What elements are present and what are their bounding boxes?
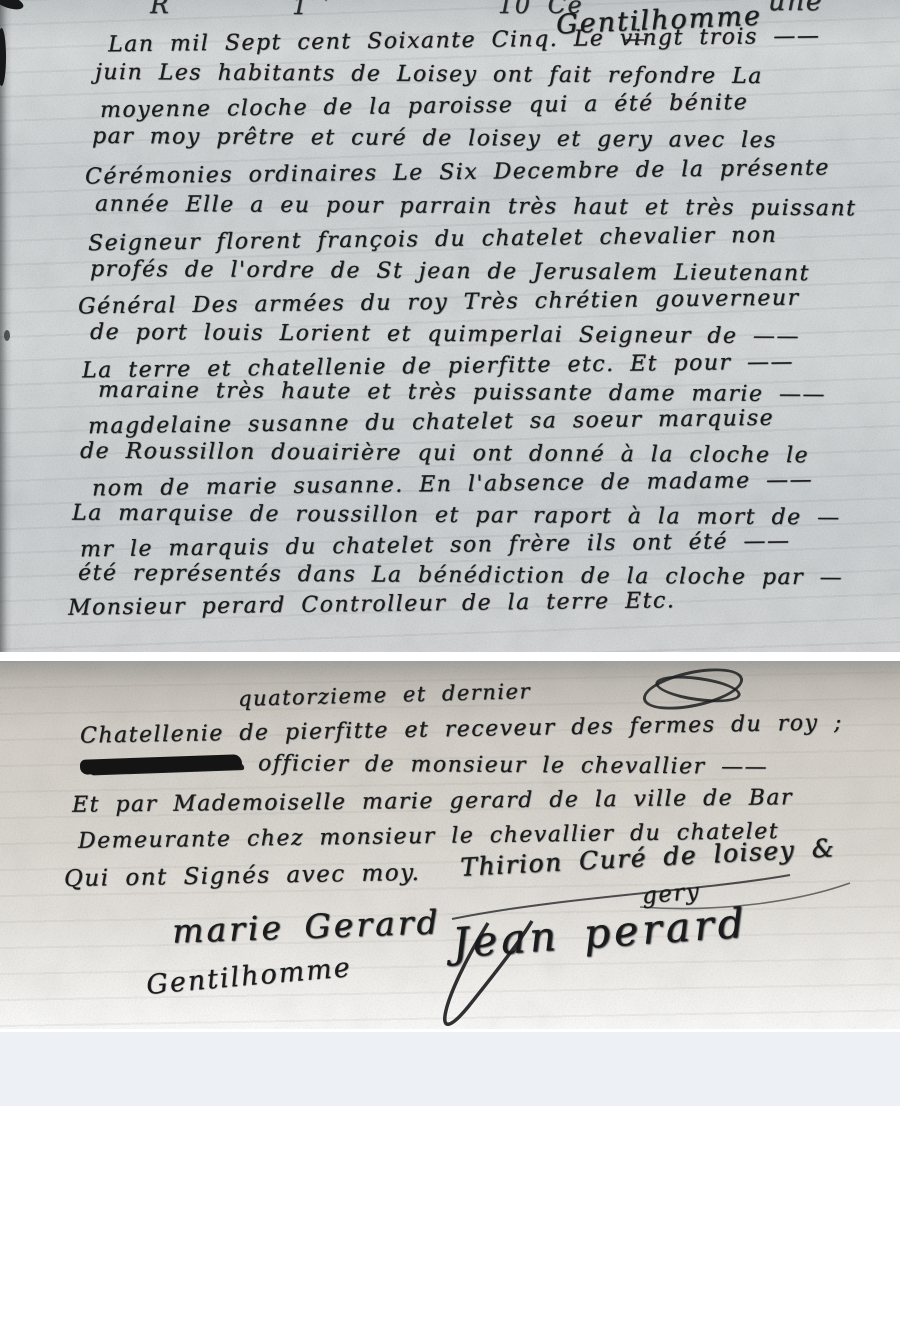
scan-block-top: R 1 ′ 10 Ce Gentilhomme — une Lan mil Se… [0, 0, 900, 652]
manuscript-line: Monsieur perard Controlleur de la terre … [68, 588, 676, 620]
manuscript-line: de port louis Lorient et quimperlai Seig… [90, 320, 800, 349]
manuscript-line: Cérémonies ordinaires Le Six Decembre de… [85, 155, 830, 189]
manuscript-line: Lan mil Sept cent Soixante Cinq. Le ving… [108, 24, 821, 58]
corner-cutoff-fragment: une [768, 0, 823, 17]
manuscript-line: moyenne cloche de la paroisse qui a été … [100, 90, 749, 123]
manuscript-line: mr le marquis du chatelet son frère ils … [80, 529, 791, 563]
signature-jean-perard: Jean perard [451, 899, 750, 968]
manuscript-line: Général Des armées du roy Très chrétien … [78, 286, 800, 320]
manuscript-line: Seigneur florent françois du chatelet ch… [88, 223, 777, 256]
scan-block-bottom: quatorzieme et dernier Chatellenie de pi… [0, 661, 900, 1029]
manuscript-line: de Roussillon douairière qui ont donné à… [80, 439, 809, 468]
crossed-out-text [80, 754, 242, 775]
manuscript-line: magdelaine susanne du chatelet sa soeur … [88, 406, 774, 439]
cutoff-mark-fragment: 1 ′ [292, 0, 332, 20]
scanner-background-strip [0, 1032, 900, 1106]
closing-statement: Qui ont Signés avec moy. [64, 860, 421, 892]
manuscript-line: juin Les habitants de Loisey ont fait re… [95, 60, 763, 89]
manuscript-line: maraine très haute et très puissante dam… [98, 378, 826, 407]
scan-edge-shadow [0, 0, 12, 652]
signature-marie-gerard: marie Gerard [171, 902, 441, 950]
manuscript-line: Chatellenie de pierfitte et receveur des… [80, 710, 843, 748]
manuscript-line: par moy prêtre et curé de loisey et gery… [92, 124, 777, 153]
manuscript-line: profés de l'ordre de St jean de Jerusale… [90, 257, 810, 286]
manuscript-line: Et par Mademoiselle marie gerard de la v… [72, 785, 793, 818]
interline-addition: quatorzieme et dernier [238, 679, 532, 711]
manuscript-line: La marquise de roussillon et par raport … [72, 501, 841, 531]
ink-smudge [4, 330, 10, 341]
cutoff-stroke-fragment: R [150, 0, 170, 19]
signature-gentilhomme: Gentilhomme [145, 952, 353, 1001]
manuscript-line: officier de monsieur le chevallier —— [258, 751, 768, 780]
manuscript-line: été représentés dans La bénédiction de l… [78, 561, 843, 591]
scanned-document-page: { "colors": { "ink": "#1a1b1d", "paper_t… [0, 0, 900, 1328]
manuscript-line: année Elle a eu pour parrain très haut e… [95, 192, 857, 222]
manuscript-line: nom de marie susanne. En l'absence de ma… [92, 468, 813, 502]
